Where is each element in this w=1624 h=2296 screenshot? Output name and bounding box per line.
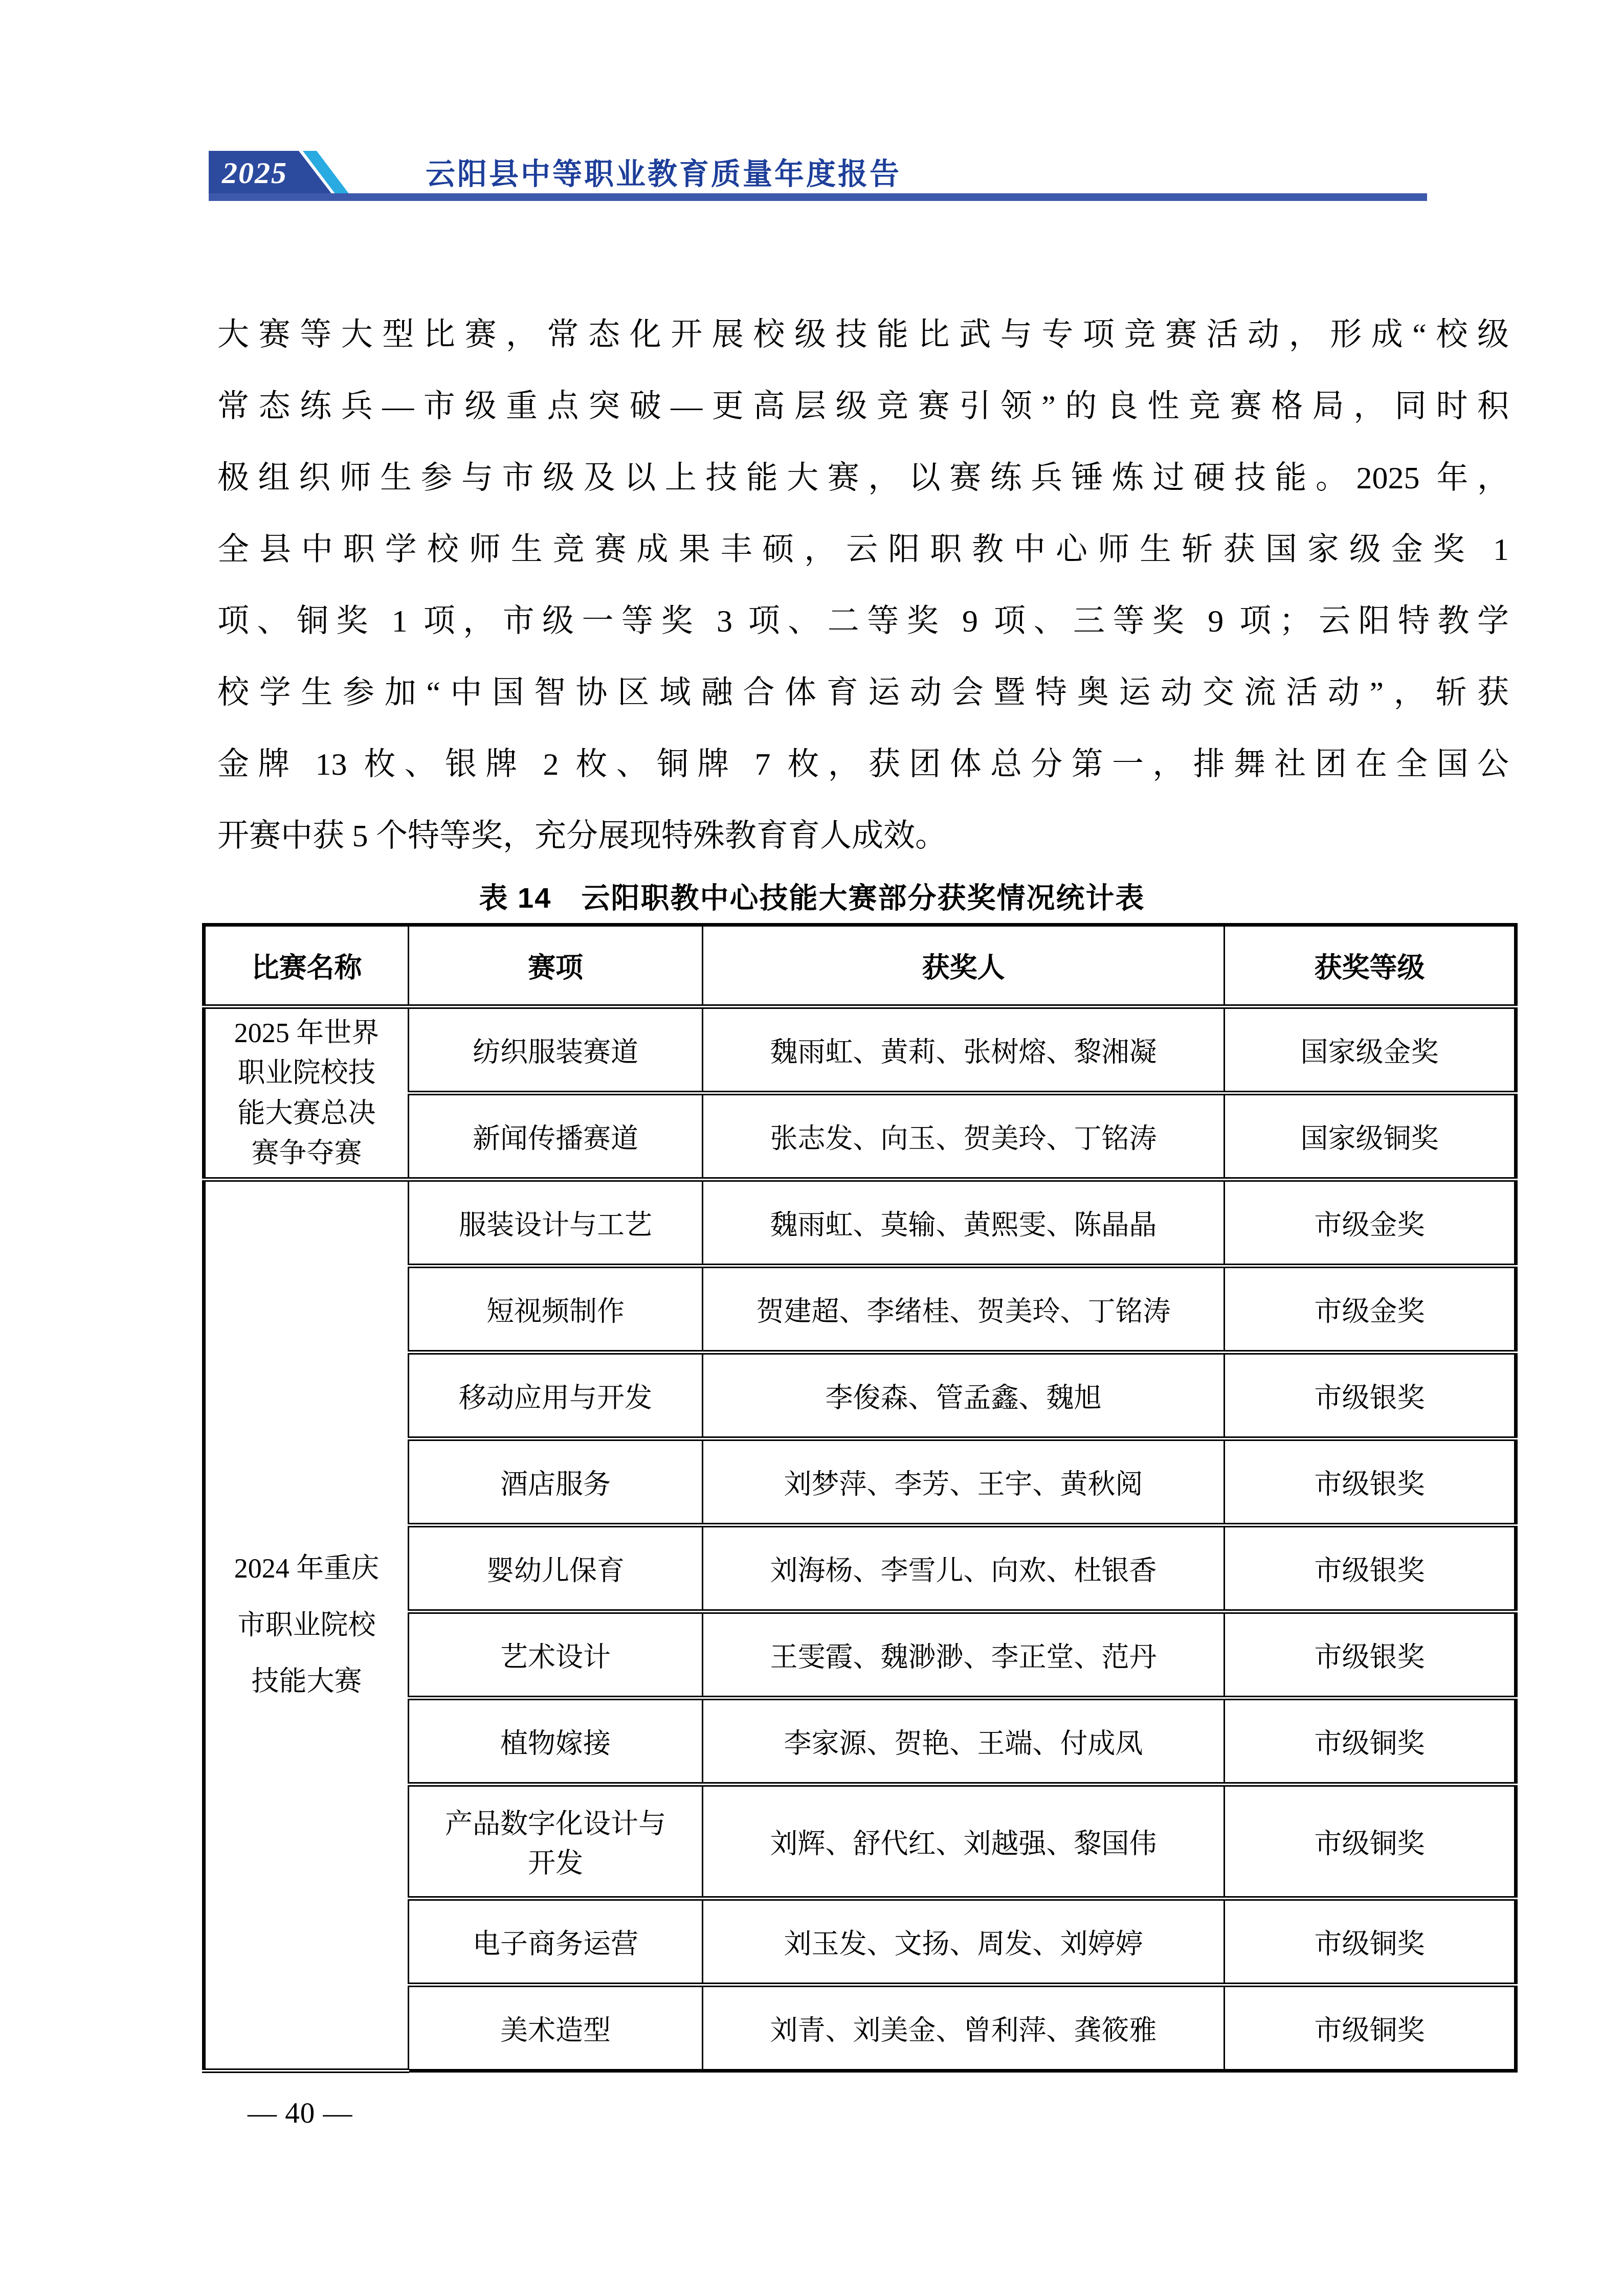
winners-cell: 魏雨虹、黄莉、张树熔、黎湘凝 [703,1007,1225,1093]
page-number: — 40 — [248,2097,353,2130]
paragraph-line: 大赛等大型比赛，常态化开展校级技能比武与专项竞赛活动，形成“校级 [217,299,1509,371]
paragraph-line: 校学生参加“中国智协区域融合体育运动会暨特奥运动交流活动”，斩获 [217,657,1509,729]
award-cell: 市级金奖 [1225,1266,1516,1353]
event-cell: 纺织服装赛道 [409,1007,703,1093]
awards-table: 比赛名称 赛项 获奖人 获奖等级 2025 年世界 职业院校技 能大赛总决 赛争… [202,923,1518,2073]
event-cell: 新闻传播赛道 [409,1093,703,1180]
paragraph-line: 项、铜奖 1 项，市级一等奖 3 项、二等奖 9 项、三等奖 9 项；云阳特教学 [217,586,1509,657]
event-cell: 美术造型 [409,1985,703,2071]
competition-cell: 2024 年重庆 市职业院校 技能大赛 [204,1180,409,2071]
winners-cell: 贺建超、李绪桂、贺美玲、丁铭涛 [703,1266,1225,1353]
award-cell: 国家级铜奖 [1225,1093,1516,1180]
award-cell: 市级银奖 [1225,1612,1516,1698]
event-cell: 婴幼儿保育 [409,1525,703,1612]
winners-cell: 刘海杨、李雪儿、向欢、杜银香 [703,1525,1225,1612]
column-header-event: 赛项 [409,925,703,1007]
award-cell: 市级铜奖 [1225,1985,1516,2071]
report-title: 云阳县中等职业教育质量年度报告 [426,153,901,195]
event-cell: 产品数字化设计与 开发 [409,1785,703,1899]
column-header-competition: 比赛名称 [204,925,409,1007]
winners-cell: 刘梦萍、李芳、王宇、黄秋阅 [703,1439,1225,1525]
paragraph-line: 金牌 13 枚、银牌 2 枚、铜牌 7 枚，获团体总分第一，排舞社团在全国公 [217,729,1509,800]
table-header-row: 比赛名称 赛项 获奖人 获奖等级 [204,925,1516,1007]
award-cell: 市级银奖 [1225,1525,1516,1612]
column-header-winners: 获奖人 [703,925,1225,1007]
event-cell: 植物嫁接 [409,1698,703,1785]
event-cell: 艺术设计 [409,1612,703,1698]
award-cell: 市级铜奖 [1225,1899,1516,1985]
report-page: 2025 云阳县中等职业教育质量年度报告 大赛等大型比赛，常态化开展校级技能比武… [0,0,1624,2296]
winners-cell: 张志发、向玉、贺美玲、丁铭涛 [703,1093,1225,1180]
column-header-award: 获奖等级 [1225,925,1516,1007]
winners-cell: 魏雨虹、莫输、黄熙雯、陈晶晶 [703,1180,1225,1266]
winners-cell: 刘青、刘美金、曾利萍、龚筱雅 [703,1985,1225,2071]
competition-cell: 2025 年世界 职业院校技 能大赛总决 赛争夺赛 [204,1007,409,1180]
event-cell: 酒店服务 [409,1439,703,1525]
award-cell: 市级铜奖 [1225,1698,1516,1785]
paragraph-line: 常态练兵—市级重点突破—更高层级竞赛引领”的良性竞赛格局，同时积 [217,371,1509,442]
header-rule-bar [209,193,1427,201]
event-cell: 服装设计与工艺 [409,1180,703,1266]
table-row: 2024 年重庆 市职业院校 技能大赛 服装设计与工艺 魏雨虹、莫输、黄熙雯、陈… [204,1180,1516,1266]
winners-cell: 李俊森、管孟鑫、魏旭 [703,1353,1225,1439]
table-caption: 表 14 云阳职教中心技能大赛部分获奖情况统计表 [0,875,1624,916]
award-cell: 市级银奖 [1225,1439,1516,1525]
paragraph-line: 开赛中获 5 个特等奖，充分展现特殊教育育人成效。 [217,800,1509,872]
paragraph-line: 极组织师生参与市级及以上技能大赛，以赛练兵锤炼过硬技能。2025 年， [217,442,1509,514]
event-cell: 短视频制作 [409,1266,703,1353]
paragraph-line: 全县中职学校师生竞赛成果丰硕，云阳职教中心师生斩获国家级金奖 1 [217,514,1509,586]
winners-cell: 刘辉、舒代红、刘越强、黎国伟 [703,1785,1225,1899]
award-cell: 市级金奖 [1225,1180,1516,1266]
event-cell: 移动应用与开发 [409,1353,703,1439]
winners-cell: 刘玉发、文扬、周发、刘婷婷 [703,1899,1225,1985]
award-cell: 市级银奖 [1225,1353,1516,1439]
winners-cell: 王雯霞、魏渺渺、李正堂、范丹 [703,1612,1225,1698]
body-paragraph: 大赛等大型比赛，常态化开展校级技能比武与专项竞赛活动，形成“校级 常态练兵—市级… [217,299,1509,872]
year-badge-label: 2025 [209,155,287,191]
award-cell: 国家级金奖 [1225,1007,1516,1093]
winners-cell: 李家源、贺艳、王端、付成凤 [703,1698,1225,1785]
event-cell: 电子商务运营 [409,1899,703,1985]
award-cell: 市级铜奖 [1225,1785,1516,1899]
table-row: 2025 年世界 职业院校技 能大赛总决 赛争夺赛 纺织服装赛道 魏雨虹、黄莉、… [204,1007,1516,1093]
